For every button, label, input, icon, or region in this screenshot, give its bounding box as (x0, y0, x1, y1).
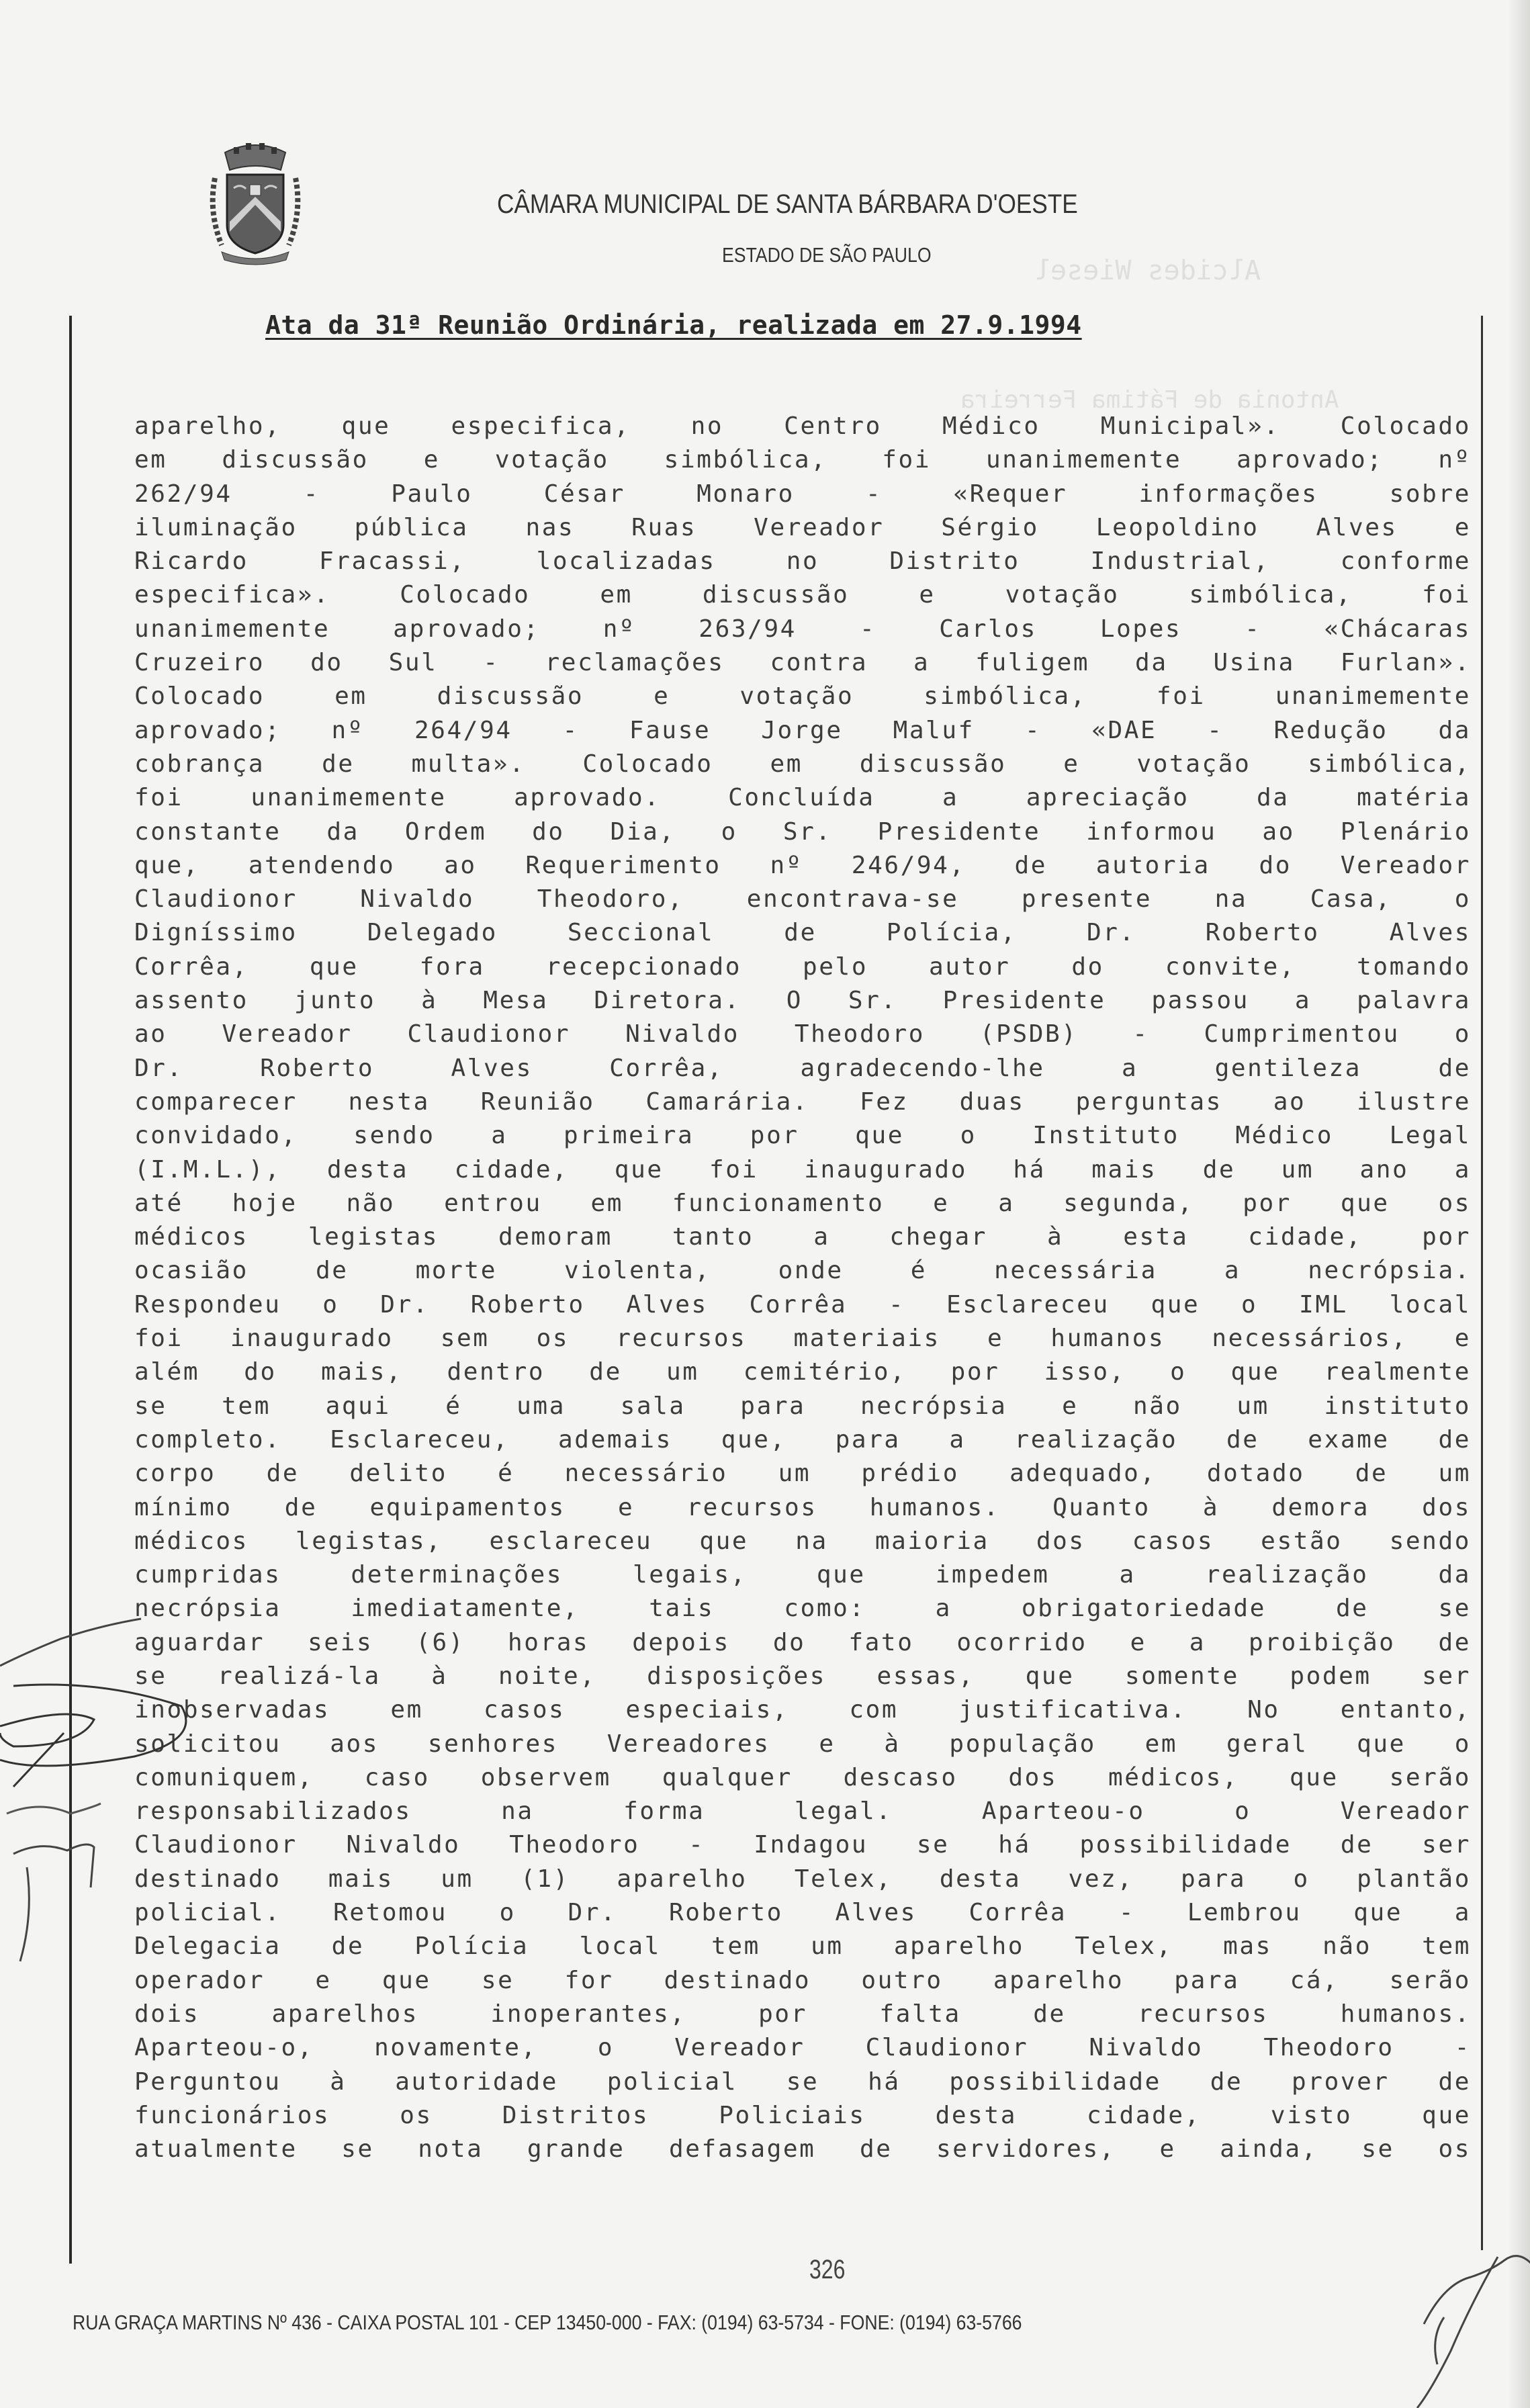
text-line: especifica». Colocado em discussão e vot… (134, 578, 1471, 612)
document-title: Ata da 31ª Reunião Ordinária, realizada … (265, 310, 1082, 340)
text-line: foi unanimemente aprovado. Concluída a a… (134, 781, 1471, 815)
text-line: (I.M.L.), desta cidade, que foi inaugura… (134, 1153, 1471, 1187)
text-line: assento junto à Mesa Diretora. O Sr. Pre… (134, 984, 1471, 1018)
text-line: funcionários os Distritos Policiais dest… (134, 2099, 1471, 2133)
text-line: se tem aqui é uma sala para necrópsia e … (134, 1390, 1471, 1423)
text-line: responsabilizados na forma legal. Aparte… (134, 1795, 1471, 1828)
text-line: aparelho, que especifica, no Centro Médi… (134, 410, 1471, 443)
text-line: aprovado; nº 264/94 - Fause Jorge Maluf … (134, 714, 1471, 748)
text-line: policial. Retomou o Dr. Roberto Alves Co… (134, 1896, 1471, 1930)
text-line: comparecer nesta Reunião Camarária. Fez … (134, 1085, 1471, 1119)
text-line: atualmente se nota grande defasagem de s… (134, 2133, 1471, 2166)
text-line: ao Vereador Claudionor Nivaldo Theodoro … (134, 1018, 1471, 1051)
text-line: médicos legistas demoram tanto a chegar … (134, 1220, 1471, 1254)
text-line: que, atendendo ao Requerimento nº 246/94… (134, 849, 1471, 883)
text-line: corpo de delito é necessário um prédio a… (134, 1457, 1471, 1490)
text-line: operador e que se for destinado outro ap… (134, 1964, 1471, 1998)
page-number: 326 (809, 2255, 845, 2285)
text-line: Perguntou à autoridade policial se há po… (134, 2065, 1471, 2099)
text-line: Dr. Roberto Alves Corrêa, agradecendo-lh… (134, 1052, 1471, 1085)
text-line: solicitou aos senhores Vereadores e à po… (134, 1728, 1471, 1761)
text-line: em discussão e votação simbólica, foi un… (134, 443, 1471, 477)
text-line: unanimemente aprovado; nº 263/94 - Carlo… (134, 613, 1471, 646)
text-line: necrópsia imediatamente, tais como: a ob… (134, 1592, 1471, 1625)
text-line: destinado mais um (1) aparelho Telex, de… (134, 1863, 1471, 1896)
text-line: Claudionor Nivaldo Theodoro, encontrava-… (134, 883, 1471, 916)
footer-address: RUA GRAÇA MARTINS Nº 436 - CAIXA POSTAL … (73, 2311, 1022, 2335)
text-line: Digníssimo Delegado Seccional de Polícia… (134, 916, 1471, 950)
text-line: constante da Ordem do Dia, o Sr. Preside… (134, 815, 1471, 849)
handwritten-signature-icon (1330, 2243, 1530, 2408)
text-line: iluminação pública nas Ruas Vereador Sér… (134, 511, 1471, 545)
page-edge-shadow (1508, 0, 1530, 2408)
text-line: até hoje não entrou em funcionamento e a… (134, 1187, 1471, 1220)
text-line: cumpridas determinações legais, que impe… (134, 1558, 1471, 1592)
text-line: Cruzeiro do Sul - reclamações contra a f… (134, 646, 1471, 680)
text-line: Aparteou-o, novamente, o Vereador Claudi… (134, 2031, 1471, 2065)
institution-name: CÂMARA MUNICIPAL DE SANTA BÁRBARA D'OEST… (497, 189, 1147, 220)
minutes-body-text: aparelho, que especifica, no Centro Médi… (134, 410, 1471, 2166)
text-line: dois aparelhos inoperantes, por falta de… (134, 1998, 1471, 2031)
text-line: Ricardo Fracassi, localizadas no Distrit… (134, 545, 1471, 578)
margin-rule-right (1481, 316, 1483, 2250)
text-line: foi inaugurado sem os recursos materiais… (134, 1322, 1471, 1355)
show-through-text: Alcides Wiesel (1034, 255, 1261, 286)
text-line: Corrêa, que fora recepcionado pelo autor… (134, 950, 1471, 984)
text-line: 262/94 - Paulo César Monaro - «Requer in… (134, 478, 1471, 511)
text-line: Delegacia de Polícia local tem um aparel… (134, 1930, 1471, 1963)
text-line: se realizá-la à noite, disposições essas… (134, 1660, 1471, 1693)
state-name: ESTADO DE SÃO PAULO (722, 243, 932, 267)
text-line: Claudionor Nivaldo Theodoro - Indagou se… (134, 1828, 1471, 1862)
text-line: comuniquem, caso observem qualquer desca… (134, 1761, 1471, 1795)
text-line: mínimo de equipamentos e recursos humano… (134, 1491, 1471, 1525)
text-line: inobservadas em casos especiais, com jus… (134, 1693, 1471, 1727)
coat-of-arms-icon (201, 138, 309, 265)
text-line: ocasião de morte violenta, onde é necess… (134, 1254, 1471, 1288)
text-line: Respondeu o Dr. Roberto Alves Corrêa - E… (134, 1288, 1471, 1322)
text-line: Colocado em discussão e votação simbólic… (134, 680, 1471, 713)
text-line: médicos legistas, esclareceu que na maio… (134, 1525, 1471, 1558)
margin-rule-left (69, 316, 72, 2264)
text-line: aguardar seis (6) horas depois do fato o… (134, 1626, 1471, 1660)
text-line: cobrança de multa». Colocado em discussã… (134, 748, 1471, 781)
text-line: além do mais, dentro de um cemitério, po… (134, 1355, 1471, 1389)
text-line: completo. Esclareceu, ademais que, para … (134, 1423, 1471, 1457)
text-line: convidado, sendo a primeira por que o In… (134, 1119, 1471, 1153)
